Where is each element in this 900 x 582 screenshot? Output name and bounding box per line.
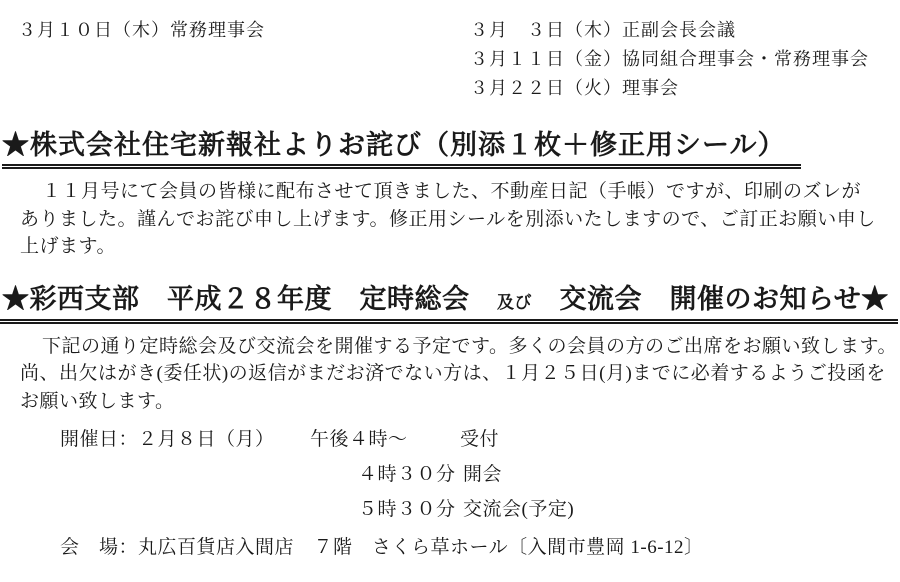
meeting-section: ★彩西支部 平成２８年度 定時総会 及び 交流会 開催のお知らせ★ 下記の通り定… — [0, 277, 900, 566]
event-schedule: 開催日：２月８日（月）午後４時～受付 ４時３０分開会 ５時３０分交流会(予定) … — [0, 422, 900, 565]
paragraph-line: 尚、出欠はがき(委任状)の返信がまだお済でない方は、１月２５日(月)までに必着す… — [20, 360, 900, 388]
apology-paragraph: １１月号にて会員の皆様に配布させて頂きました、不動産日記（手帳）ですが、印刷のズ… — [20, 178, 900, 261]
event-name: 受付 — [460, 429, 499, 450]
event-time: ４時３０分 — [358, 457, 463, 492]
paragraph-line: ありました。謹んでお詫び申し上げます。修正用シールを別添いたしますので、ご訂正お… — [20, 206, 900, 234]
event-time: ５時３０分 — [358, 492, 463, 527]
event-name: 交流会(予定) — [463, 499, 574, 520]
event-date: 開催日：２月８日（月） — [60, 422, 310, 457]
date-item: ３月１１日（金）協同組合理事会・常務理事会 — [470, 45, 900, 74]
apology-section: ★株式会社住宅新報社よりお詫び（別添１枚＋修正用シール） １１月号にて会員の皆様… — [0, 103, 900, 261]
paragraph-line: お願い致します。 — [20, 388, 900, 416]
meeting-heading-rest: 交流会 開催のお知らせ★ — [532, 284, 889, 314]
meeting-heading-main: ★彩西支部 平成２８年度 定時総会 — [2, 284, 497, 314]
venue-line: 会 場：丸広百貨店入間店 ７階 さくら草ホール〔入間市豊岡 1-6-12〕 — [0, 530, 900, 565]
event-name: 開会 — [463, 464, 502, 485]
dates-column-left: ３月１０日（木）常務理事会 — [18, 16, 470, 103]
event-time: 午後４時～ — [310, 422, 460, 457]
date-item: ３月２２日（火）理事会 — [470, 74, 900, 103]
schedule-row: ４時３０分開会 — [0, 457, 900, 492]
dates-header: ３月１０日（木）常務理事会 ３月 ３日（木）正副会長会議 ３月１１日（金）協同組… — [0, 0, 900, 103]
meeting-paragraph: 下記の通り定時総会及び交流会を開催する予定です。多くの会員の方のご出席をお願い致… — [20, 333, 900, 416]
paragraph-line: 下記の通り定時総会及び交流会を開催する予定です。多くの会員の方のご出席をお願い致… — [20, 333, 900, 361]
date-item: ３月１０日（木）常務理事会 — [18, 16, 470, 45]
schedule-row: 開催日：２月８日（月）午後４時～受付 — [0, 422, 900, 457]
paragraph-line: １１月号にて会員の皆様に配布させて頂きました、不動産日記（手帳）ですが、印刷のズ… — [20, 178, 900, 206]
apology-heading: ★株式会社住宅新報社よりお詫び（別添１枚＋修正用シール） — [2, 123, 801, 169]
date-item: ３月 ３日（木）正副会長会議 — [470, 16, 900, 45]
schedule-row: ５時３０分交流会(予定) — [0, 492, 900, 527]
meeting-heading-connector: 及び — [497, 293, 532, 312]
dates-column-right: ３月 ３日（木）正副会長会議 ３月１１日（金）協同組合理事会・常務理事会 ３月２… — [470, 16, 900, 103]
paragraph-line: 上げます。 — [20, 233, 900, 261]
meeting-heading: ★彩西支部 平成２８年度 定時総会 及び 交流会 開催のお知らせ★ — [0, 277, 898, 324]
